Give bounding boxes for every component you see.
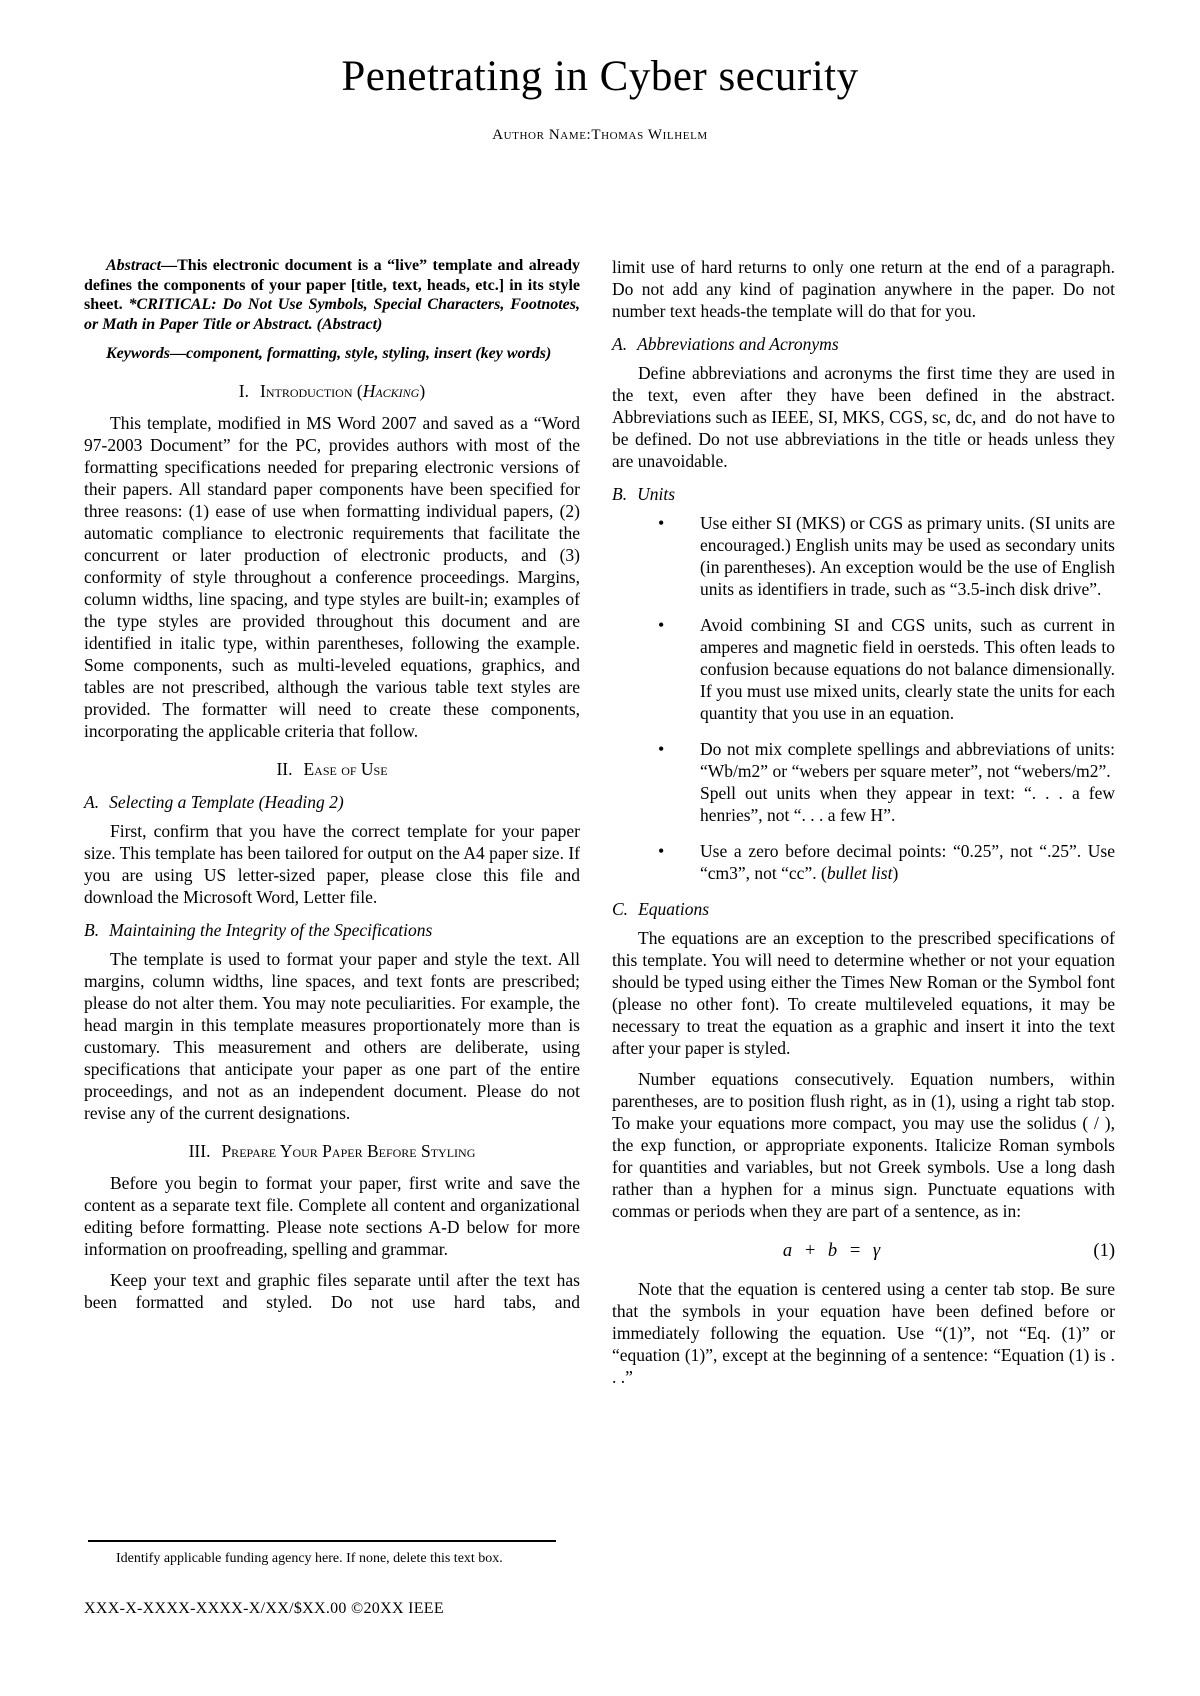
subsection-title-text: Equations: [638, 899, 709, 919]
equation-1: a + b = γ (1): [612, 1240, 1115, 1262]
equations-paragraph-2: Number equations consecutively. Equation…: [612, 1068, 1115, 1222]
section-title-text: Prepare Your Paper Before Styling: [221, 1141, 475, 1161]
equation-number: (1): [1051, 1240, 1115, 1262]
subsection-number: A.: [84, 792, 99, 812]
continued-paragraph: limit use of hard returns to only one re…: [612, 256, 1115, 322]
equations-paragraph-3: Note that the equation is centered using…: [612, 1278, 1115, 1388]
bullet-text-italic: bullet list: [827, 863, 893, 883]
bullet-item-zero-decimal: Use a zero before decimal points: “0.25”…: [612, 840, 1115, 884]
units-bullet-list: Use either SI (MKS) or CGS as primary un…: [612, 512, 1115, 884]
footnote-text: Identify applicable funding agency here.…: [88, 1550, 556, 1568]
subsection-title-text: Selecting a Template (Heading 2): [109, 792, 344, 812]
section-number: III.: [189, 1141, 211, 1161]
subsection-number: B.: [612, 484, 627, 504]
subsection-title-text: Abbreviations and Acronyms: [637, 334, 839, 354]
left-column: Abstract—This electronic document is a “…: [84, 256, 580, 1322]
copyright-line: XXX-X-XXXX-XXXX-X/XX/$XX.00 ©20XX IEEE: [84, 1600, 444, 1618]
footnote-separator-rule: [88, 1540, 556, 1542]
keywords-label: Keywords—: [106, 345, 186, 362]
subsection-heading-units: B.Units: [612, 483, 1115, 505]
section-title-text: Ease of Use: [303, 759, 387, 779]
abstract-critical-note: *CRITICAL: Do Not Use Symbols, Special C…: [84, 296, 580, 333]
subsection-heading-selecting-template: A.Selecting a Template (Heading 2): [84, 791, 580, 813]
section-heading-ease-of-use: II.Ease of Use: [84, 758, 580, 780]
introduction-paragraph: This template, modified in MS Word 2007 …: [84, 412, 580, 742]
subsection-heading-abbreviations: A.Abbreviations and Acronyms: [612, 333, 1115, 355]
section-number: I.: [239, 381, 249, 401]
paper-page: Penetrating in Cyber security Author Nam…: [0, 0, 1200, 1696]
abstract-label: Abstract—: [106, 257, 177, 274]
paper-title: Penetrating in Cyber security: [0, 52, 1200, 101]
footnote-block: Identify applicable funding agency here.…: [88, 1540, 556, 1568]
subsection-title-text: Units: [637, 484, 675, 504]
equations-paragraph-1: The equations are an exception to the pr…: [612, 927, 1115, 1059]
section-number: II.: [276, 759, 292, 779]
maintaining-integrity-paragraph: The template is used to format your pape…: [84, 948, 580, 1124]
section-heading-introduction: I.Introduction (Hacking): [84, 380, 580, 402]
bullet-item-si-cgs: Use either SI (MKS) or CGS as primary un…: [612, 512, 1115, 600]
section-title-italic: Hacking: [363, 381, 420, 401]
bullet-text: Use a zero before decimal points: “0.25”…: [700, 841, 1115, 883]
prepare-paper-paragraph-1: Before you begin to format your paper, f…: [84, 1172, 580, 1260]
author-line: Author Name:Thomas Wilhelm: [0, 127, 1200, 144]
bullet-item-spellings: Do not mix complete spellings and abbrev…: [612, 738, 1115, 826]
section-heading-prepare-paper: III.Prepare Your Paper Before Styling: [84, 1140, 580, 1162]
abstract-paragraph: Abstract—This electronic document is a “…: [84, 256, 580, 334]
subsection-number: B.: [84, 920, 99, 940]
selecting-template-paragraph: First, confirm that you have the correct…: [84, 820, 580, 908]
section-title-close: ): [419, 381, 425, 401]
subsection-title-text: Maintaining the Integrity of the Specifi…: [109, 920, 432, 940]
subsection-number: C.: [612, 899, 628, 919]
abbreviations-paragraph: Define abbreviations and acronyms the fi…: [612, 362, 1115, 472]
subsection-heading-maintaining-integrity: B.Maintaining the Integrity of the Speci…: [84, 919, 580, 941]
section-title-text: Introduction (: [260, 381, 363, 401]
bullet-text-close: ): [892, 863, 898, 883]
subsection-number: A.: [612, 334, 627, 354]
right-column: limit use of hard returns to only one re…: [612, 256, 1115, 1397]
keywords-body: component, formatting, style, styling, i…: [186, 345, 551, 362]
prepare-paper-paragraph-2: Keep your text and graphic files separat…: [84, 1269, 580, 1313]
keywords-paragraph: Keywords—component, formatting, style, s…: [84, 344, 580, 364]
bullet-item-avoid-combining: Avoid combining SI and CGS units, such a…: [612, 614, 1115, 724]
equation-expression: a + b = γ: [612, 1240, 1051, 1262]
subsection-heading-equations: C.Equations: [612, 898, 1115, 920]
